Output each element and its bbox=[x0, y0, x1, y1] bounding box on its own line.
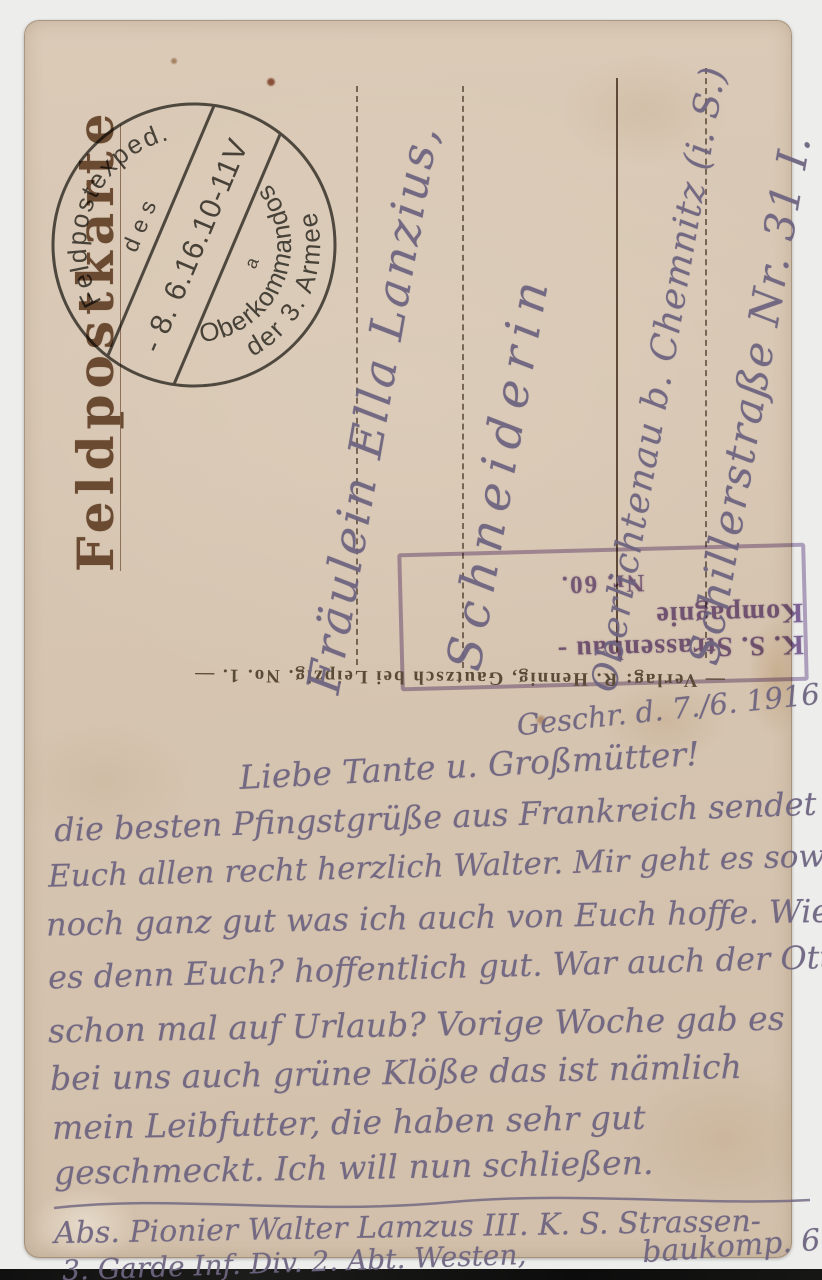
message-line: bei uns auch grüne Klöße das ist nämlich bbox=[50, 1047, 742, 1098]
circular-postmark-stamp: Feldpostexped. des - 8. 6.16.10-11V Ober… bbox=[0, 48, 391, 441]
message-line: die besten Pfingstgrüße aus Frankreich s… bbox=[54, 785, 818, 850]
message-line: schon mal auf Urlaub? Vorige Woche gab e… bbox=[48, 999, 785, 1051]
message-line: es denn Euch? hoffentlich gut. War auch … bbox=[48, 937, 822, 996]
postmark-des-text: des bbox=[117, 189, 165, 255]
message-line: Euch allen recht herzlich Walter. Mir ge… bbox=[48, 837, 822, 894]
postmark-small-letter: a bbox=[240, 253, 263, 271]
feldpost-postcard-scan: Feldpostkarte Feldpostexped. des - 8. 6.… bbox=[24, 20, 792, 1258]
message-salutation: Liebe Tante u. Großmütter! bbox=[238, 734, 700, 797]
message-line: mein Leibfutter, die haben sehr gut bbox=[52, 1098, 646, 1147]
message-line: geschmeckt. Ich will nun schließen. bbox=[54, 1143, 654, 1192]
message-line: noch ganz gut was ich auch von Euch hoff… bbox=[46, 890, 822, 943]
